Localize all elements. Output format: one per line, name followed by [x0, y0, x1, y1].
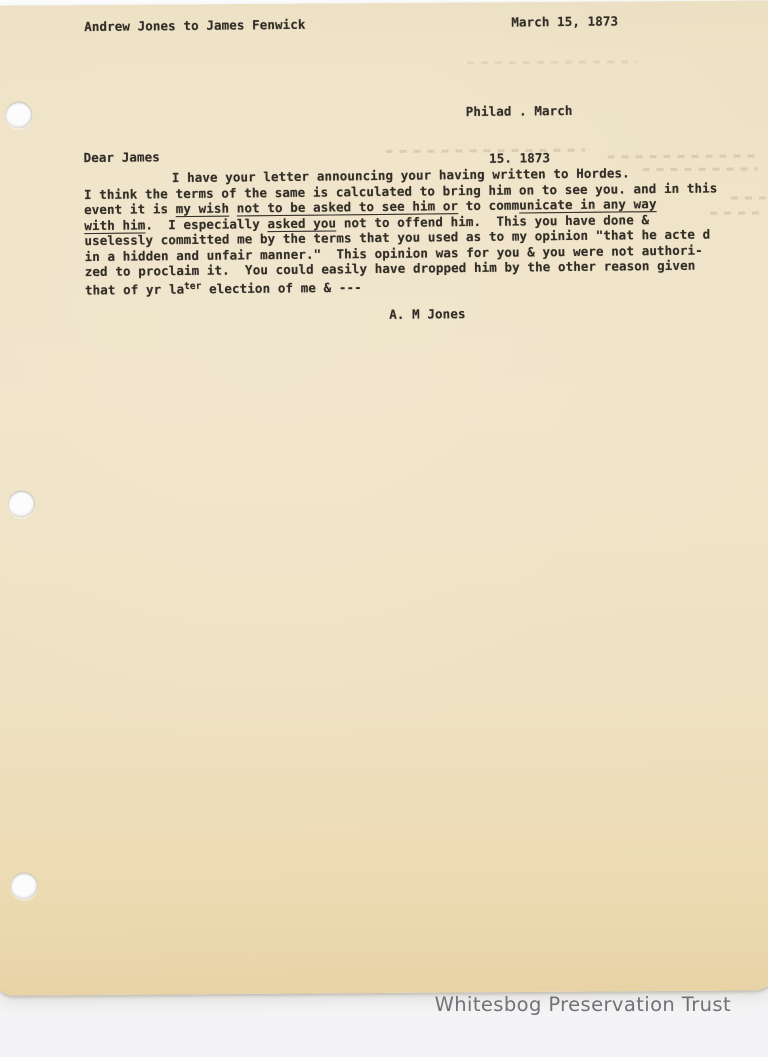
- letter-text-segment: event it is: [84, 201, 176, 217]
- letter-text-segment: my wish: [176, 201, 230, 217]
- scan-background: Andrew Jones to James Fenwick March 15, …: [0, 0, 768, 1057]
- letter-body: I have your letter announcing your havin…: [84, 164, 737, 298]
- typed-content: Andrew Jones to James Fenwick March 15, …: [0, 0, 768, 996]
- letter-text-segment: that of yr la: [85, 281, 184, 297]
- letter-text-segment: asked you: [267, 215, 336, 231]
- salutation: Dear James: [83, 149, 159, 165]
- letter-text-segment: to comm: [458, 198, 519, 214]
- archive-credit: Whitesbog Preservation Trust: [435, 993, 731, 1016]
- letter-header: Andrew Jones to James Fenwick March 15, …: [84, 13, 618, 34]
- letter-text-segment: ter: [184, 281, 201, 292]
- letter-text-segment: unicate in any way: [519, 196, 657, 212]
- header-date: March 15, 1873: [511, 13, 618, 29]
- letter-text-segment: not to be asked to see him or: [237, 198, 458, 215]
- letter-paper: Andrew Jones to James Fenwick March 15, …: [0, 0, 768, 995]
- dateline-city-line: Philad . March: [463, 103, 575, 120]
- signature: A. M Jones: [389, 306, 465, 322]
- letter-text-segment: [229, 201, 237, 216]
- letter-text-segment: election of me & ---: [201, 280, 361, 297]
- letter-text-segment: . I especially: [145, 216, 267, 232]
- letter-text-segment: with him: [84, 217, 145, 233]
- header-sender-line: Andrew Jones to James Fenwick: [84, 17, 305, 34]
- dateline-day-line: 15. 1873: [464, 150, 576, 167]
